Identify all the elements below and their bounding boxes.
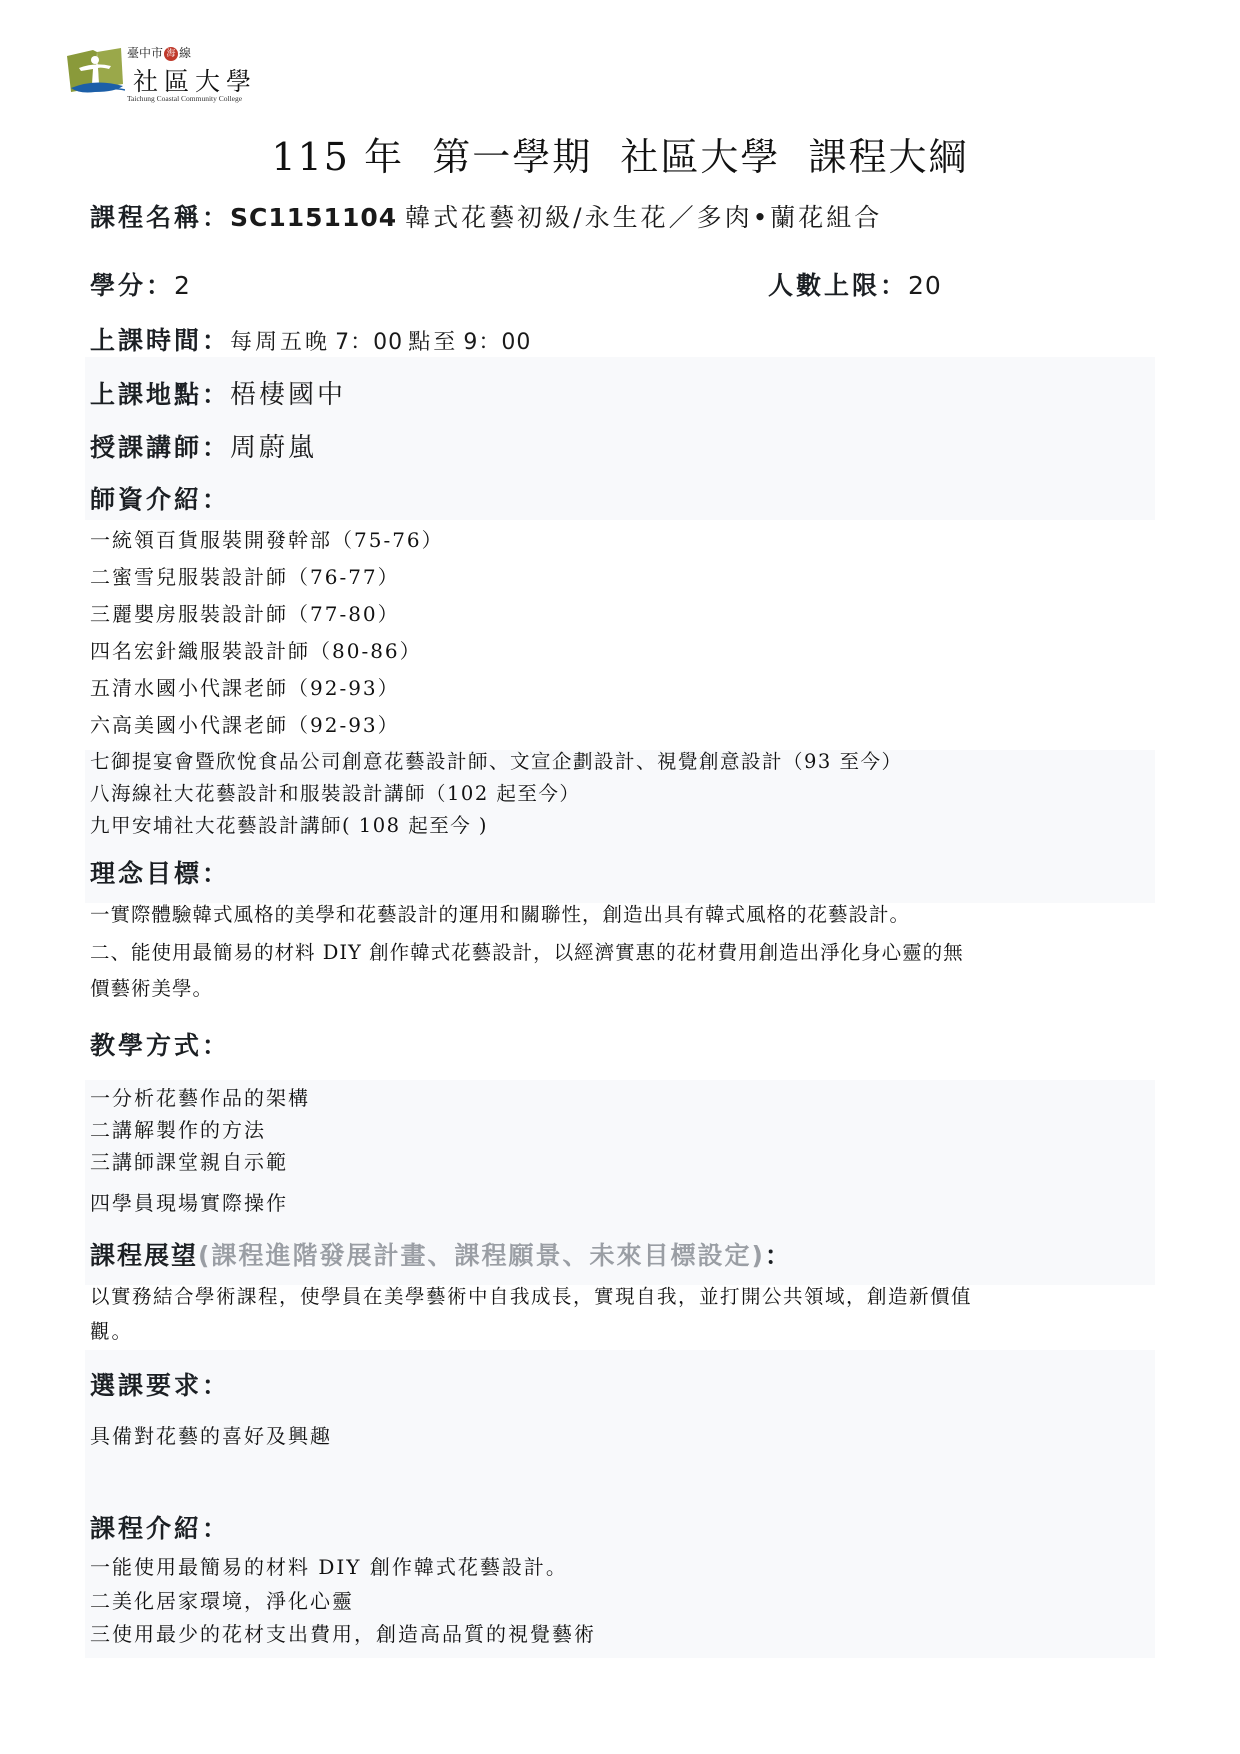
introduction-item: 一能使用最簡易的材料 DIY 創作韓式花藝設計。 [90, 1551, 568, 1580]
schedule-row: 上課時間：每周五晚 7：00 點至 9：00 [90, 321, 531, 357]
logo-english-name: Taichung Coastal Community College [127, 94, 242, 103]
location-value: 梧棲國中 [230, 380, 346, 410]
page-title: 115 年 第一學期 社區大學 課程大綱 [0, 126, 1240, 181]
logo-college-name: 社區大學 [133, 62, 257, 98]
credits-value: 2 [174, 271, 191, 300]
requirements-heading: 選課要求： [90, 1366, 230, 1402]
bio-item: 三麗嬰房服裝設計師（77-80） [90, 598, 400, 627]
philosophy-line: 一實際體驗韓式風格的美學和花藝設計的運用和關聯性，創造出具有韓式風格的花藝設計。 [90, 899, 910, 927]
bio-item: 二蜜雪兒服裝設計師（76-77） [90, 561, 400, 590]
outlook-note: (課程進階發展計畫、課程願景、未來目標設定) [198, 1241, 765, 1270]
course-name-value: 韓式花藝初級/永生花／多肉•蘭花組合 [405, 203, 882, 232]
schedule-to: 點至 [408, 330, 458, 355]
outlook-line: 觀。 [90, 1316, 133, 1344]
introduction-item: 二美化居家環境，淨化心靈 [90, 1585, 354, 1614]
teaching-method-item: 一分析花藝作品的架構 [90, 1082, 310, 1111]
bio-item: 七御提宴會暨欣悅食品公司創意花藝設計師、文宣企劃設計、視覺創意設計（93 至今） [90, 746, 903, 774]
bio-item: 五清水國小代課老師（92-93） [90, 672, 400, 701]
introduction-item: 三使用最少的花材支出費用，創造高品質的視覺藝術 [90, 1618, 596, 1647]
instructor-label: 授課講師： [90, 433, 230, 462]
requirements-value: 具備對花藝的喜好及興趣 [90, 1420, 332, 1449]
location-label: 上課地點： [90, 380, 230, 409]
outlook-heading: 課程展望(課程進階發展計畫、課程願景、未來目標設定)： [90, 1236, 793, 1272]
philosophy-line: 價藝術美學。 [90, 973, 213, 1001]
schedule-label: 上課時間： [90, 326, 230, 355]
bio-item: 八海線社大花藝設計和服裝設計講師（102 起至今） [90, 778, 580, 806]
schedule-day: 每周五晚 [230, 330, 330, 355]
instructor-value: 周蔚嵐 [230, 433, 317, 463]
capacity-value: 20 [908, 271, 942, 300]
college-logo: 臺中市海線 社區大學 Taichung Coastal Community Co… [65, 42, 275, 108]
capacity-row: 人數上限：20 [768, 266, 942, 302]
schedule-start: 7：00 [335, 330, 403, 355]
location-row: 上課地點：梧棲國中 [90, 374, 346, 411]
seal-icon: 海 [164, 47, 178, 61]
schedule-end: 9：00 [463, 330, 531, 355]
bio-item: 一統領百貨服裝開發幹部（75-76） [90, 524, 444, 553]
teaching-method-item: 二講解製作的方法 [90, 1114, 266, 1143]
bio-item: 九甲安埔社大花藝設計講師( 108 起至今 ) [90, 810, 488, 838]
course-code: SC1151104 [230, 203, 397, 232]
course-name-row: 課程名稱：SC1151104韓式花藝初級/永生花／多肉•蘭花組合 [90, 198, 882, 234]
outlook-colon: ： [765, 1241, 793, 1270]
introduction-heading: 課程介紹： [90, 1509, 230, 1545]
teaching-method-item: 四學員現場實際操作 [90, 1187, 288, 1216]
instructor-row: 授課講師：周蔚嵐 [90, 427, 317, 464]
philosophy-line: 二、能使用最簡易的材料 DIY 創作韓式花藝設計，以經濟實惠的花材費用創造出淨化… [90, 937, 964, 965]
philosophy-heading: 理念目標： [90, 854, 230, 890]
credits-label: 學分： [90, 271, 174, 300]
credits-row: 學分：2 [90, 266, 191, 302]
bio-item: 六高美國小代課老師（92-93） [90, 709, 400, 738]
teaching-method-heading: 教學方式： [90, 1026, 230, 1062]
bio-item: 四名宏針織服裝設計師（80-86） [90, 635, 422, 664]
bio-heading: 師資介紹： [90, 480, 230, 516]
capacity-label: 人數上限： [768, 271, 908, 300]
outlook-line: 以實務結合學術課程，使學員在美學藝術中自我成長，實現自我，並打開公共領域，創造新… [90, 1281, 972, 1309]
outlook-label: 課程展望 [90, 1241, 198, 1270]
book-figure-icon [65, 48, 125, 96]
course-name-label: 課程名稱： [90, 203, 230, 232]
teaching-method-item: 三講師課堂親自示範 [90, 1146, 288, 1175]
logo-city-text: 臺中市海線 [127, 44, 191, 61]
